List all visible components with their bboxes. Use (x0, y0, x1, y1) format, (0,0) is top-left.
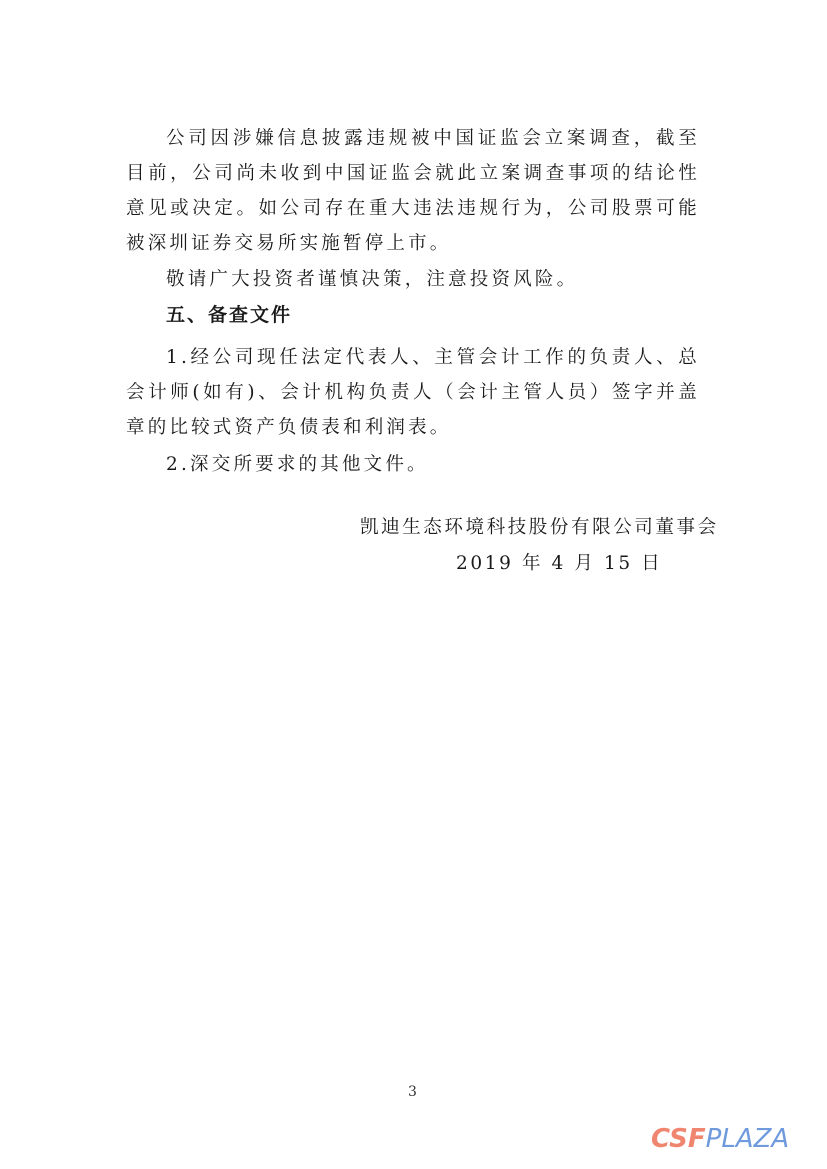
paragraph-risk-warning: 敬请广大投资者谨慎决策，注意投资风险。 (126, 262, 700, 297)
section-heading: 五、备查文件 (166, 300, 292, 327)
watermark-part-plaza: PLAZA (706, 1124, 790, 1154)
signature-date: 2019 年 4 月 15 日 (456, 549, 662, 575)
paragraph-investigation-notice: 公司因涉嫌信息披露违规被中国证监会立案调查，截至目前，公司尚未收到中国证监会就此… (126, 121, 700, 261)
watermark-logo: CSFPLAZA (651, 1124, 789, 1154)
watermark-part-csf: CSF (651, 1124, 706, 1154)
document-page: 公司因涉嫌信息披露违规被中国证监会立案调查，截至目前，公司尚未收到中国证监会就此… (0, 0, 827, 1169)
signature-company: 凯迪生态环境科技股份有限公司董事会 (360, 513, 719, 539)
list-item-reference-doc-2: 2.深交所要求的其他文件。 (126, 447, 700, 482)
page-number: 3 (408, 1084, 417, 1100)
list-item-reference-doc-1: 1.经公司现任法定代表人、主管会计工作的负责人、总会计师(如有)、会计机构负责人… (126, 340, 700, 445)
